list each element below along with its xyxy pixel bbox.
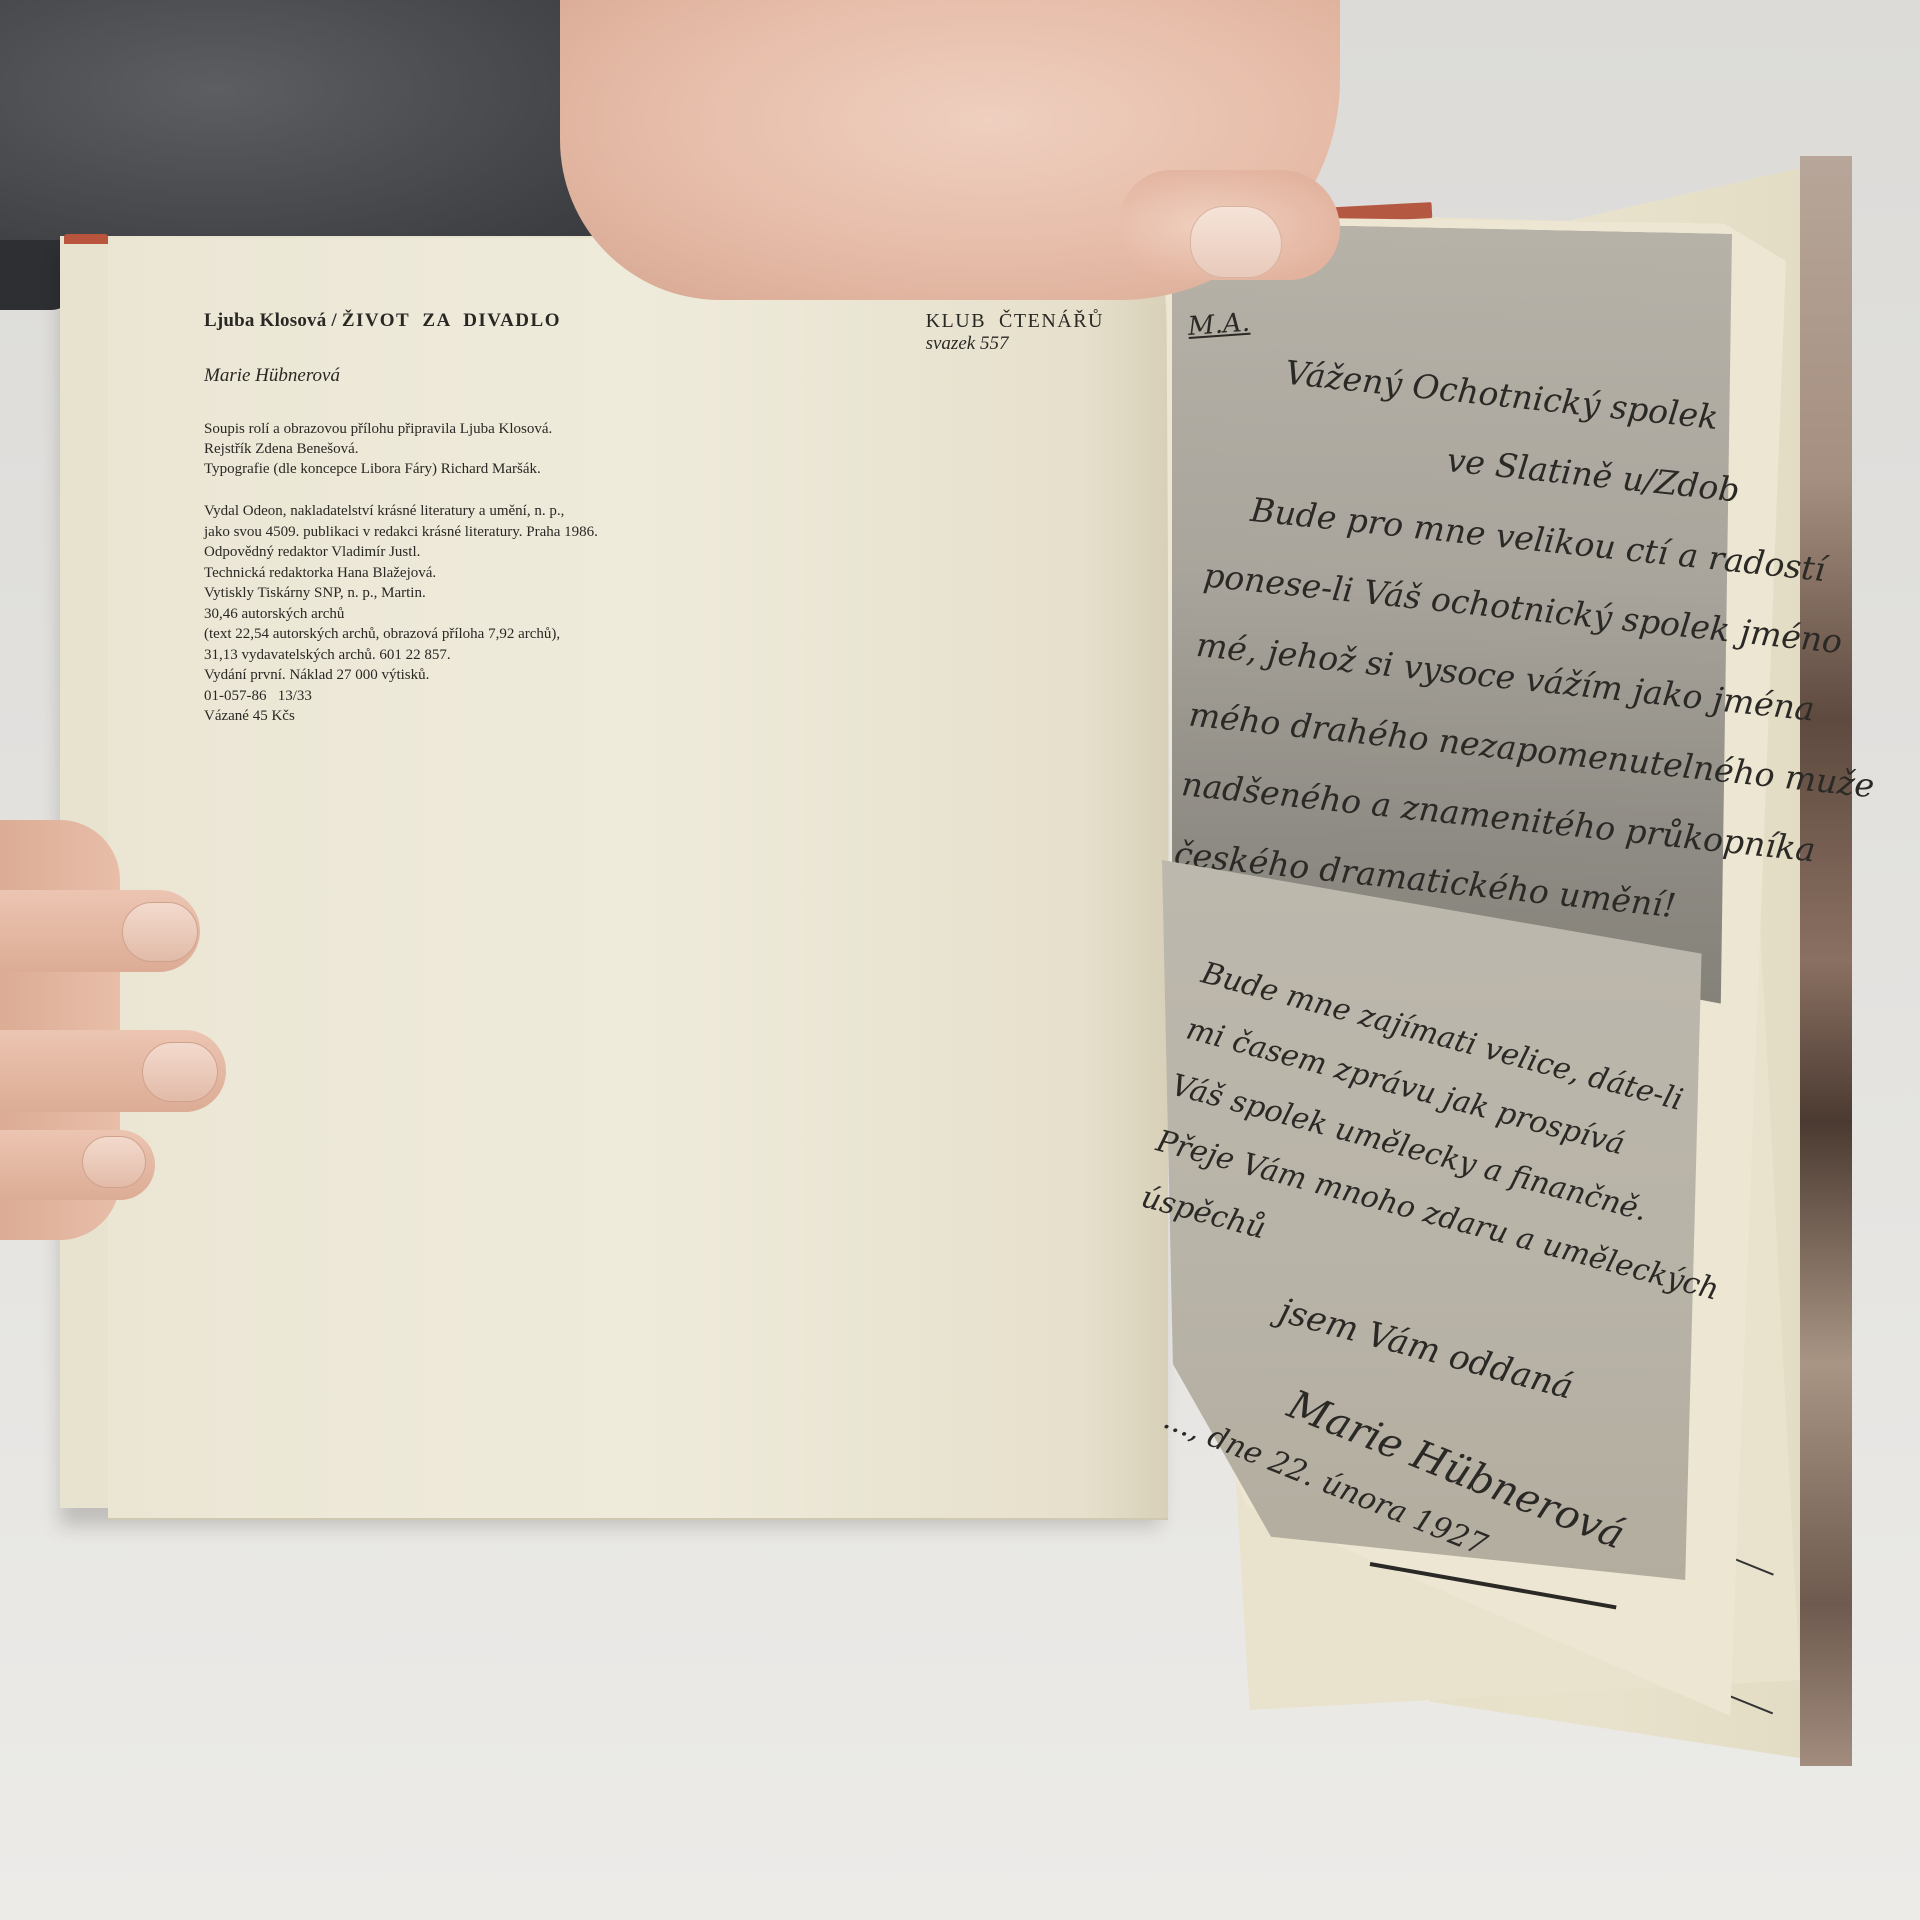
colophon-line: 01-057-86 13/33 xyxy=(204,686,1104,707)
cover-red-edge xyxy=(64,234,108,244)
page-header: Ljuba Klosová / ŽIVOT ZA DIVADLO KLUB ČT… xyxy=(204,310,1104,355)
thumbnail xyxy=(1190,206,1282,278)
colophon-content: Ljuba Klosová / ŽIVOT ZA DIVADLO KLUB ČT… xyxy=(204,310,1104,727)
credit-line: Typografie (dle koncepce Libora Fáry) Ri… xyxy=(204,459,1104,479)
author-name: Ljuba Klosová / xyxy=(204,310,342,331)
colophon-line: Vydání první. Náklad 27 000 výtisků. xyxy=(204,665,1104,686)
colophon-line: Technická redaktorka Hana Blažejová. xyxy=(204,563,1104,584)
credit-line: Rejstřík Zdena Benešová. xyxy=(204,439,1104,459)
series-volume: svazek 557 xyxy=(926,333,1104,355)
colophon: Vydal Odeon, nakladatelství krásné liter… xyxy=(204,501,1104,727)
colophon-line: jako svou 4509. publikaci v redakci krás… xyxy=(204,522,1104,543)
credits: Soupis rolí a obrazovou přílohu připravi… xyxy=(204,419,1104,479)
colophon-line: Odpovědný redaktor Vladimír Justl. xyxy=(204,542,1104,563)
credit-line: Soupis rolí a obrazovou přílohu připravi… xyxy=(204,419,1104,439)
series-name: KLUB ČTENÁŘŮ xyxy=(926,310,1104,333)
fingernail xyxy=(82,1136,146,1188)
colophon-page: Ljuba Klosová / ŽIVOT ZA DIVADLO KLUB ČT… xyxy=(108,238,1168,1520)
series-block: KLUB ČTENÁŘŮ svazek 557 xyxy=(926,310,1104,355)
title-caps: ŽIVOT ZA DIVADLO xyxy=(342,310,561,331)
letter-top-text: Vážený Ochotnický spolek ve Slatině u/Zd… xyxy=(1171,332,1915,961)
fingernail xyxy=(122,902,198,962)
book-title: Ljuba Klosová / ŽIVOT ZA DIVADLO xyxy=(204,310,561,332)
colophon-line: 30,46 autorských archů xyxy=(204,604,1104,625)
colophon-line: Vydal Odeon, nakladatelství krásné liter… xyxy=(204,501,1104,522)
fingernail xyxy=(142,1042,218,1102)
colophon-line: Vytiskly Tiskárny SNP, n. p., Martin. xyxy=(204,583,1104,604)
colophon-line: (text 22,54 autorských archů, obrazová p… xyxy=(204,624,1104,645)
subtitle: Marie Hübnerová xyxy=(204,365,1104,387)
colophon-line: Vázané 45 Kčs xyxy=(204,706,1104,727)
colophon-line: 31,13 vydavatelských archů. 601 22 857. xyxy=(204,645,1104,666)
